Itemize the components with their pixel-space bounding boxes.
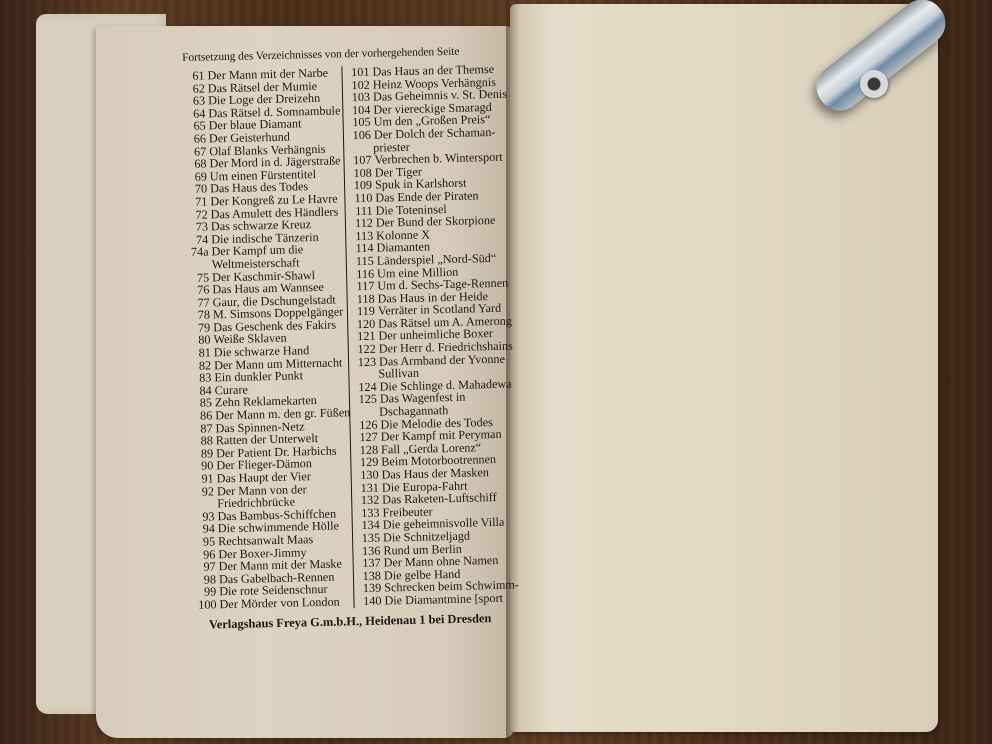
entry-number: 140 [358,594,384,607]
entry-title: Der Dolch der Schaman- [374,125,514,141]
index-entry: 140Die Diamantmine [sport [358,591,524,607]
entry-title: Der Mörder von London [219,595,350,611]
entry-number: 125 [354,393,380,406]
entry-number: 106 [348,129,374,142]
entry-number: 123 [353,355,379,368]
entry-title: Die Diamantmine [sport [384,591,524,607]
right-page-blank [510,4,938,732]
pen-cap-icon [860,70,888,98]
title-index: Fortsetzung des Verzeichnisses von der v… [182,45,525,633]
entry-number: 92 [192,485,217,498]
entry-number: 74a [186,246,211,259]
index-entry: 100Der Mörder von London [194,595,350,611]
entry-number: 100 [194,598,219,611]
index-column-right: 101Das Haus an der Themse102Heinz Woops … [342,63,524,608]
index-column-left: 61Der Mann mit der Narbe62Das Rätsel der… [182,66,354,611]
